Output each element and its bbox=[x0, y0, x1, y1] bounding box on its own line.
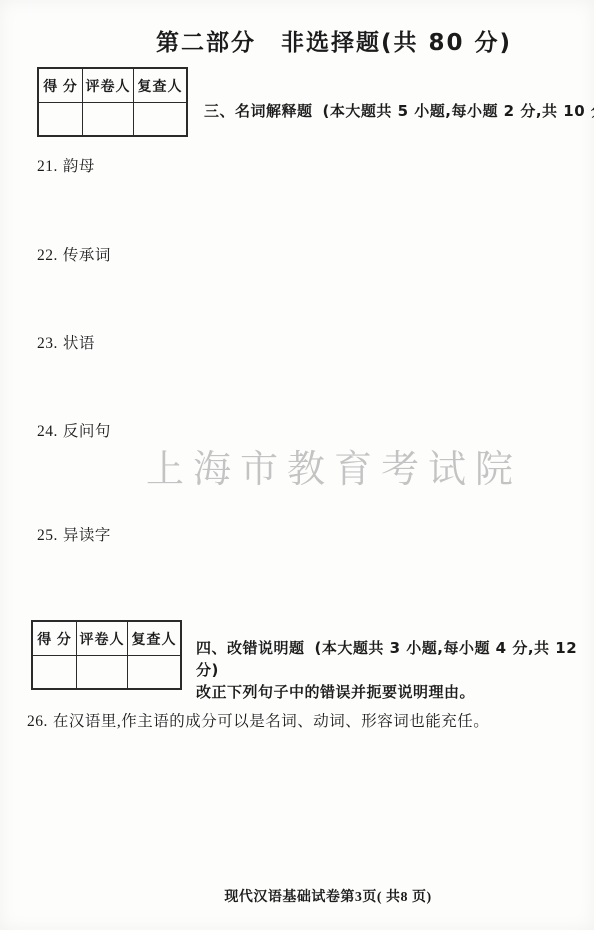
score-cell-value bbox=[32, 656, 77, 690]
reviewer-cell-label: 复查人 bbox=[128, 621, 182, 656]
score-cell-label: 得 分 bbox=[38, 68, 83, 103]
exam-page-scan: 第二部分 非选择题(共 80 分) 得 分 评卷人 复查人 三、名词解释题(本大… bbox=[0, 0, 594, 930]
section3-heading-note: (本大题共 5 小题,每小题 2 分,共 10 分) bbox=[323, 102, 594, 120]
score-table-blank-row bbox=[38, 103, 187, 137]
page-title: 第二部分 非选择题(共 80 分) bbox=[0, 24, 594, 57]
score-table-header-row: 得 分 评卷人 复查人 bbox=[32, 621, 181, 656]
score-table-bottom: 得 分 评卷人 复查人 bbox=[31, 620, 182, 690]
grader-cell-value bbox=[77, 656, 128, 690]
question-text: 反问句 bbox=[63, 423, 111, 440]
question-text: 在汉语里,作主语的成分可以是名词、动词、形容词也能充任。 bbox=[53, 713, 489, 730]
section4-heading: 四、改错说明题(本大题共 3 小题,每小题 4 分,共 12 分) 改正下列句子… bbox=[196, 637, 588, 703]
score-table-blank-row bbox=[32, 656, 181, 690]
question-26: 26.在汉语里,作主语的成分可以是名词、动词、形容词也能充任。 bbox=[27, 709, 489, 731]
examination-authority-watermark: 上海市教育考试院 bbox=[146, 438, 522, 493]
section4-instruction: 改正下列句子中的错误并扼要说明理由。 bbox=[196, 683, 475, 701]
score-table-header-row: 得 分 评卷人 复查人 bbox=[38, 68, 187, 103]
question-text: 状语 bbox=[63, 335, 95, 352]
reviewer-cell-value bbox=[134, 103, 188, 137]
score-cell-label: 得 分 bbox=[32, 621, 77, 656]
grader-cell-label: 评卷人 bbox=[77, 621, 128, 656]
section4-heading-label: 四、改错说明题 bbox=[196, 639, 305, 657]
question-number: 21. bbox=[37, 158, 58, 175]
question-number: 24. bbox=[37, 423, 58, 440]
question-25: 25.异读字 bbox=[37, 523, 111, 545]
reviewer-cell-label: 复查人 bbox=[134, 68, 188, 103]
question-23: 23.状语 bbox=[37, 331, 95, 353]
question-24: 24.反问句 bbox=[37, 419, 111, 441]
question-number: 26. bbox=[27, 713, 48, 730]
question-text: 传承词 bbox=[63, 247, 111, 264]
reviewer-cell-value bbox=[128, 656, 182, 690]
question-number: 23. bbox=[37, 335, 58, 352]
question-number: 25. bbox=[37, 527, 58, 544]
question-21: 21.韵母 bbox=[37, 154, 95, 176]
score-cell-value bbox=[38, 103, 83, 137]
grader-cell-label: 评卷人 bbox=[83, 68, 134, 103]
score-table-top: 得 分 评卷人 复查人 bbox=[37, 67, 188, 137]
section3-heading: 三、名词解释题(本大题共 5 小题,每小题 2 分,共 10 分) bbox=[204, 100, 594, 121]
page-footer: 现代汉语基础试卷第3页( 共8 页) bbox=[0, 886, 594, 906]
section3-heading-label: 三、名词解释题 bbox=[204, 102, 313, 120]
question-number: 22. bbox=[37, 247, 58, 264]
question-text: 异读字 bbox=[63, 527, 111, 544]
question-text: 韵母 bbox=[63, 158, 95, 175]
question-22: 22.传承词 bbox=[37, 243, 111, 265]
grader-cell-value bbox=[83, 103, 134, 137]
